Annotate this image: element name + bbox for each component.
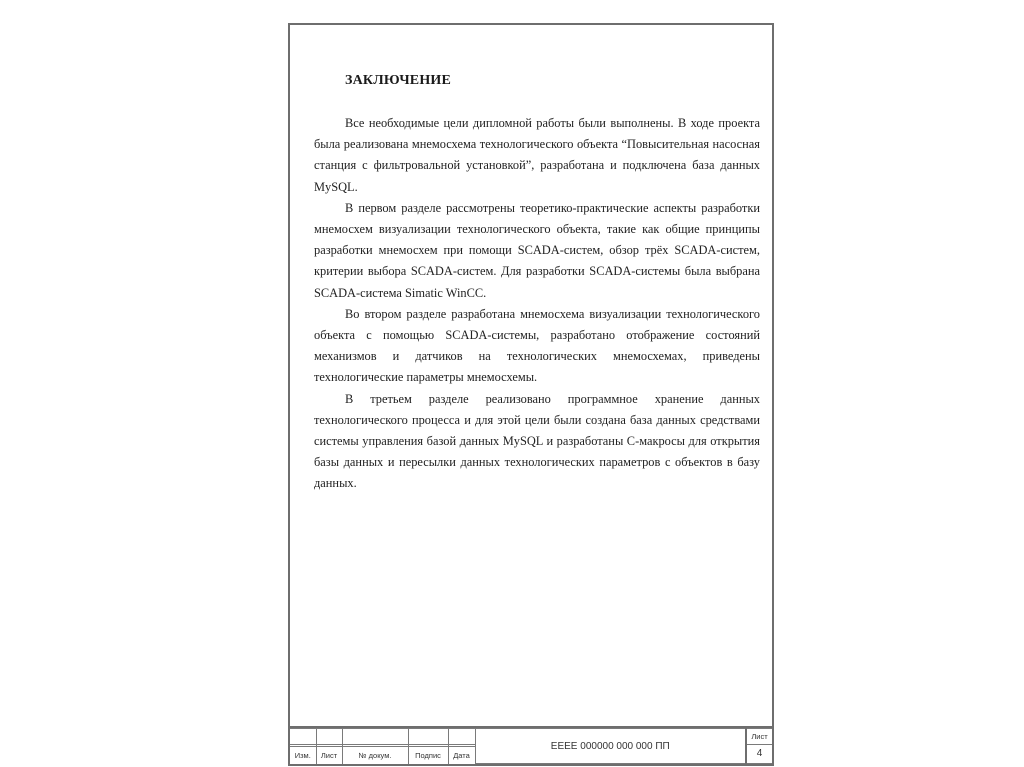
stamp-cell bbox=[448, 729, 475, 745]
paragraph: В третьем разделе реализовано программно… bbox=[314, 389, 760, 495]
sheet-number: 4 bbox=[746, 744, 772, 763]
stamp-cell bbox=[408, 729, 448, 745]
stamp-cell bbox=[316, 729, 342, 745]
document-page: ЗАКЛЮЧЕНИЕ Все необходимые цели дипломно… bbox=[288, 23, 774, 766]
paragraph: Все необходимые цели дипломной работы бы… bbox=[314, 113, 760, 198]
label-izm: Изм. bbox=[290, 746, 316, 763]
label-signature: Подпис bbox=[408, 746, 448, 763]
paragraph: Во втором разделе разработана мнемосхема… bbox=[314, 304, 760, 389]
label-date: Дата bbox=[448, 746, 475, 763]
label-doc-num: № докум. bbox=[342, 746, 408, 763]
title-block: ЕЕЕЕ 000000 000 000 ПП Лист 4 Изм. Лист … bbox=[290, 726, 772, 764]
paragraph: В первом разделе рассмотрены теоретико-п… bbox=[314, 198, 760, 304]
page-title: ЗАКЛЮЧЕНИЕ bbox=[345, 73, 451, 89]
stamp-cell bbox=[342, 729, 408, 745]
stamp-cell bbox=[290, 729, 316, 745]
title-block-table: ЕЕЕЕ 000000 000 000 ПП Лист 4 Изм. Лист … bbox=[290, 728, 772, 764]
document-code: ЕЕЕЕ 000000 000 000 ПП bbox=[475, 729, 746, 764]
sheet-label: Лист bbox=[746, 729, 772, 745]
label-list: Лист bbox=[316, 746, 342, 763]
body-text: Все необходимые цели дипломной работы бы… bbox=[314, 113, 760, 495]
